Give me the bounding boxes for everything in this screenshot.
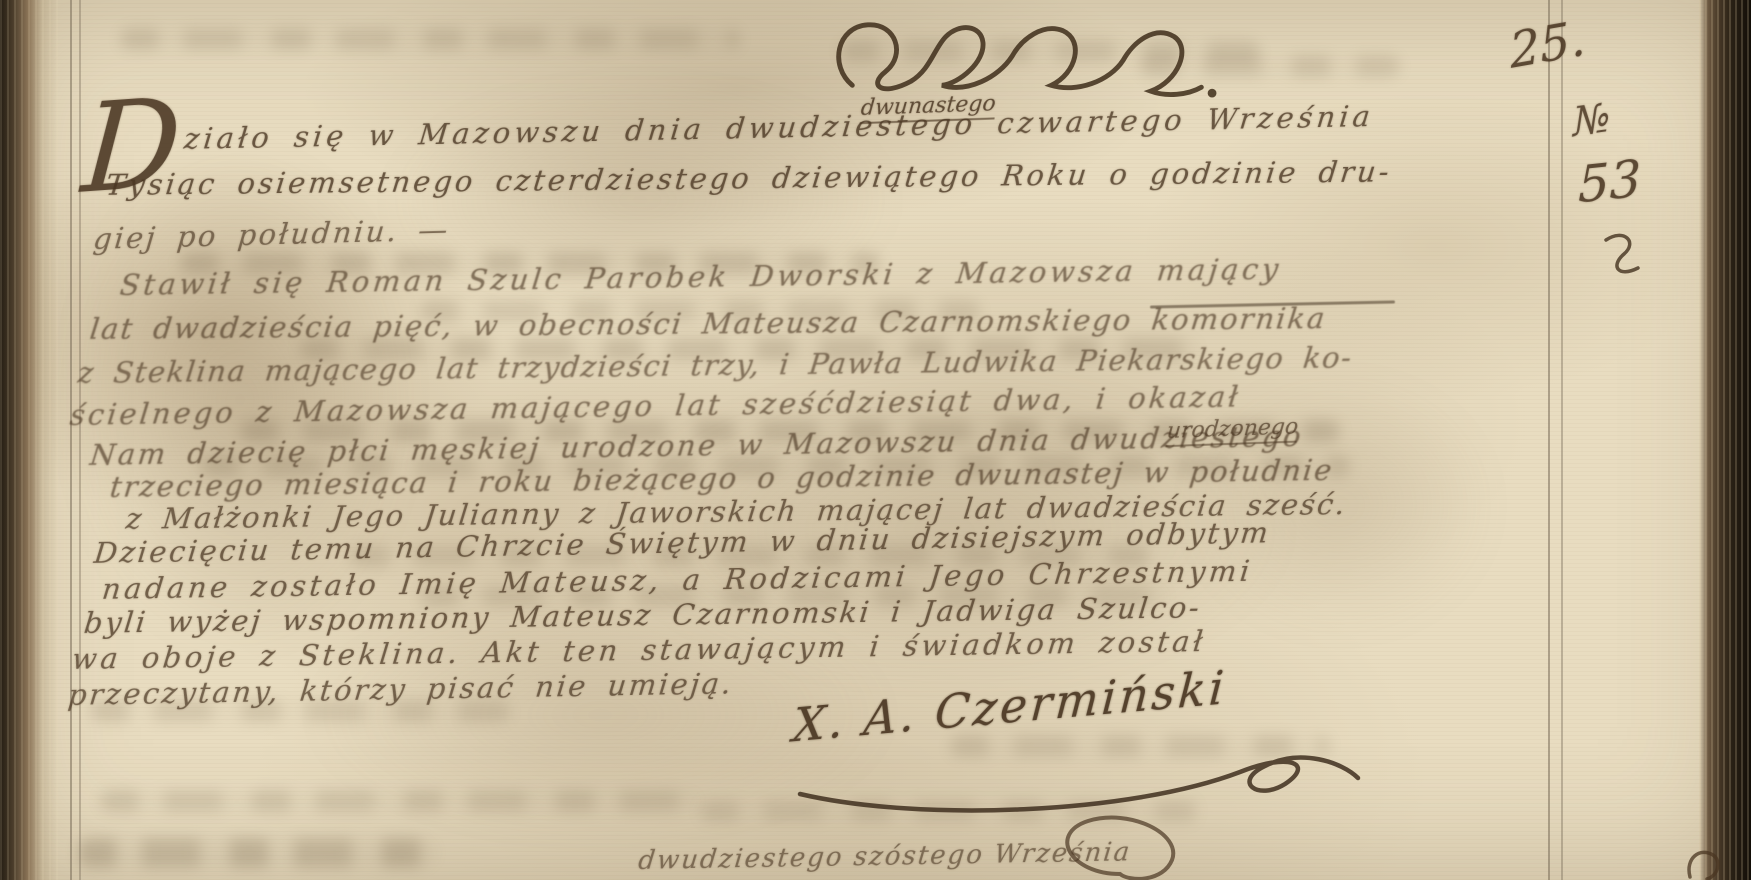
left-margin-rule	[70, 0, 72, 880]
ink-bleedthrough	[78, 838, 438, 868]
bottom-margin-mark	[1682, 845, 1726, 880]
header-flourish-ornament	[825, 8, 1215, 108]
margin-flourish	[1596, 228, 1646, 278]
page-number: 25.	[1508, 11, 1587, 80]
register-page-scan: dwunastego 25. № 53 D ziało się w Mazows…	[0, 0, 1751, 880]
book-binding-edge	[1699, 0, 1751, 880]
act-number-label: №	[1572, 95, 1611, 146]
ink-bleedthrough	[100, 790, 700, 812]
book-gutter-edge	[0, 0, 58, 880]
left-margin-rule	[79, 0, 81, 880]
right-margin-rule	[1561, 0, 1563, 880]
act-number: 53	[1578, 149, 1641, 214]
ink-bleedthrough	[120, 28, 740, 50]
right-margin-rule	[1548, 0, 1550, 880]
